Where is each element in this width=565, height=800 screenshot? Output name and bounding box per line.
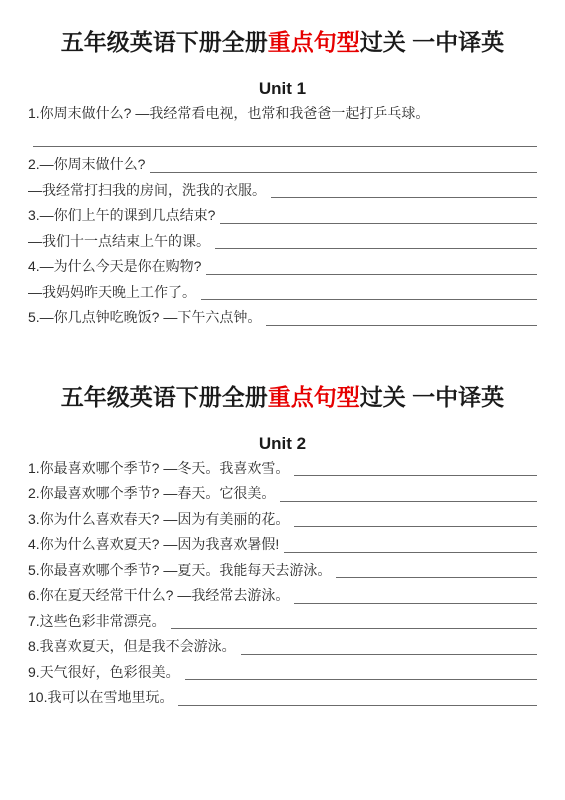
question-text: 5.—你几点钟吃晚饭? —下午六点钟。 (28, 305, 261, 331)
answer-underline (294, 583, 537, 604)
worksheet-document: 五年级英语下册全册重点句型过关 一中译英 Unit 1 1.你周末做什么? —我… (0, 0, 565, 800)
answer-underline (150, 152, 537, 173)
answer-underline (171, 609, 537, 630)
title-text-pre: 五年级英语下册全册 (61, 384, 268, 410)
question-line: —我们十一点结束上午的课。 (28, 229, 537, 255)
question-text: 5.你最喜欢哪个季节? —夏天。我能每天去游泳。 (28, 558, 331, 584)
question-text: 10.我可以在雪地里玩。 (28, 685, 173, 711)
question-line: 7.这些色彩非常漂亮。 (28, 609, 537, 635)
question-line: —我经常打扫我的房间，洗我的衣服。 (28, 178, 537, 204)
question-text: 4.你为什么喜欢夏天? —因为我喜欢暑假! (28, 532, 279, 558)
title-text-post: 过关 一中译英 (360, 384, 504, 410)
question-text: 4.—为什么今天是你在购物? (28, 254, 201, 280)
answer-underline (294, 456, 537, 477)
answer-underline (33, 127, 537, 148)
title-text-highlight: 重点句型 (268, 384, 360, 410)
answer-underline (284, 532, 537, 553)
title-text-pre: 五年级英语下册全册 (61, 29, 268, 55)
question-line: —我妈妈昨天晚上工作了。 (28, 280, 537, 306)
question-line: 3.—你们上午的课到几点结束? (28, 203, 537, 229)
section-title: 五年级英语下册全册重点句型过关 一中译英 (28, 28, 537, 57)
answer-underline (241, 634, 537, 655)
question-text: 9.天气很好，色彩很美。 (28, 660, 180, 686)
question-text: 6.你在夏天经常干什么? —我经常去游泳。 (28, 583, 289, 609)
question-list: 1.你周末做什么? —我经常看电视，也常和我爸爸一起打乒乓球。2.—你周末做什么… (28, 101, 537, 331)
question-line: 5.—你几点钟吃晚饭? —下午六点钟。 (28, 305, 537, 331)
question-text: 8.我喜欢夏天，但是我不会游泳。 (28, 634, 236, 660)
question-line: 10.我可以在雪地里玩。 (28, 685, 537, 711)
answer-underline (271, 178, 537, 199)
question-text: —我经常打扫我的房间，洗我的衣服。 (28, 178, 266, 204)
title-text-highlight: 重点句型 (268, 29, 360, 55)
question-text: —我妈妈昨天晚上工作了。 (28, 280, 196, 306)
question-text: 3.—你们上午的课到几点结束? (28, 203, 215, 229)
question-text: 1.你最喜欢哪个季节? —冬天。我喜欢雪。 (28, 456, 289, 482)
question-line: 3.你为什么喜欢春天? —因为有美丽的花。 (28, 507, 537, 533)
question-text: 3.你为什么喜欢春天? —因为有美丽的花。 (28, 507, 289, 533)
worksheet-section: 五年级英语下册全册重点句型过关 一中译英 Unit 2 1.你最喜欢哪个季节? … (28, 383, 537, 711)
answer-underline (294, 507, 537, 528)
title-text-post: 过关 一中译英 (360, 29, 504, 55)
question-line: 2.—你周末做什么? (28, 152, 537, 178)
sections-container: 五年级英语下册全册重点句型过关 一中译英 Unit 1 1.你周末做什么? —我… (28, 28, 537, 711)
question-line: 6.你在夏天经常干什么? —我经常去游泳。 (28, 583, 537, 609)
answer-underline (215, 229, 537, 250)
answer-underline (336, 558, 537, 579)
answer-underline (185, 660, 537, 681)
question-text: 2.你最喜欢哪个季节? —春天。它很美。 (28, 481, 275, 507)
answer-blank-line (28, 127, 537, 153)
answer-underline (220, 203, 537, 224)
unit-heading: Unit 1 (28, 79, 537, 99)
worksheet-section: 五年级英语下册全册重点句型过关 一中译英 Unit 1 1.你周末做什么? —我… (28, 28, 537, 331)
answer-underline (280, 481, 537, 502)
question-text: 2.—你周末做什么? (28, 152, 145, 178)
question-text: —我们十一点结束上午的课。 (28, 229, 210, 255)
answer-underline (206, 254, 537, 275)
answer-underline (178, 685, 537, 706)
question-line: 5.你最喜欢哪个季节? —夏天。我能每天去游泳。 (28, 558, 537, 584)
question-line: 2.你最喜欢哪个季节? —春天。它很美。 (28, 481, 537, 507)
question-line: 8.我喜欢夏天，但是我不会游泳。 (28, 634, 537, 660)
question-text: 1.你周末做什么? —我经常看电视，也常和我爸爸一起打乒乓球。 (28, 101, 429, 127)
question-line: 1.你最喜欢哪个季节? —冬天。我喜欢雪。 (28, 456, 537, 482)
question-line: 1.你周末做什么? —我经常看电视，也常和我爸爸一起打乒乓球。 (28, 101, 537, 127)
question-list: 1.你最喜欢哪个季节? —冬天。我喜欢雪。2.你最喜欢哪个季节? —春天。它很美… (28, 456, 537, 711)
question-line: 4.你为什么喜欢夏天? —因为我喜欢暑假! (28, 532, 537, 558)
answer-underline (201, 280, 537, 301)
question-text: 7.这些色彩非常漂亮。 (28, 609, 166, 635)
question-line: 9.天气很好，色彩很美。 (28, 660, 537, 686)
answer-underline (266, 305, 537, 326)
unit-heading: Unit 2 (28, 434, 537, 454)
question-line: 4.—为什么今天是你在购物? (28, 254, 537, 280)
section-title: 五年级英语下册全册重点句型过关 一中译英 (28, 383, 537, 412)
